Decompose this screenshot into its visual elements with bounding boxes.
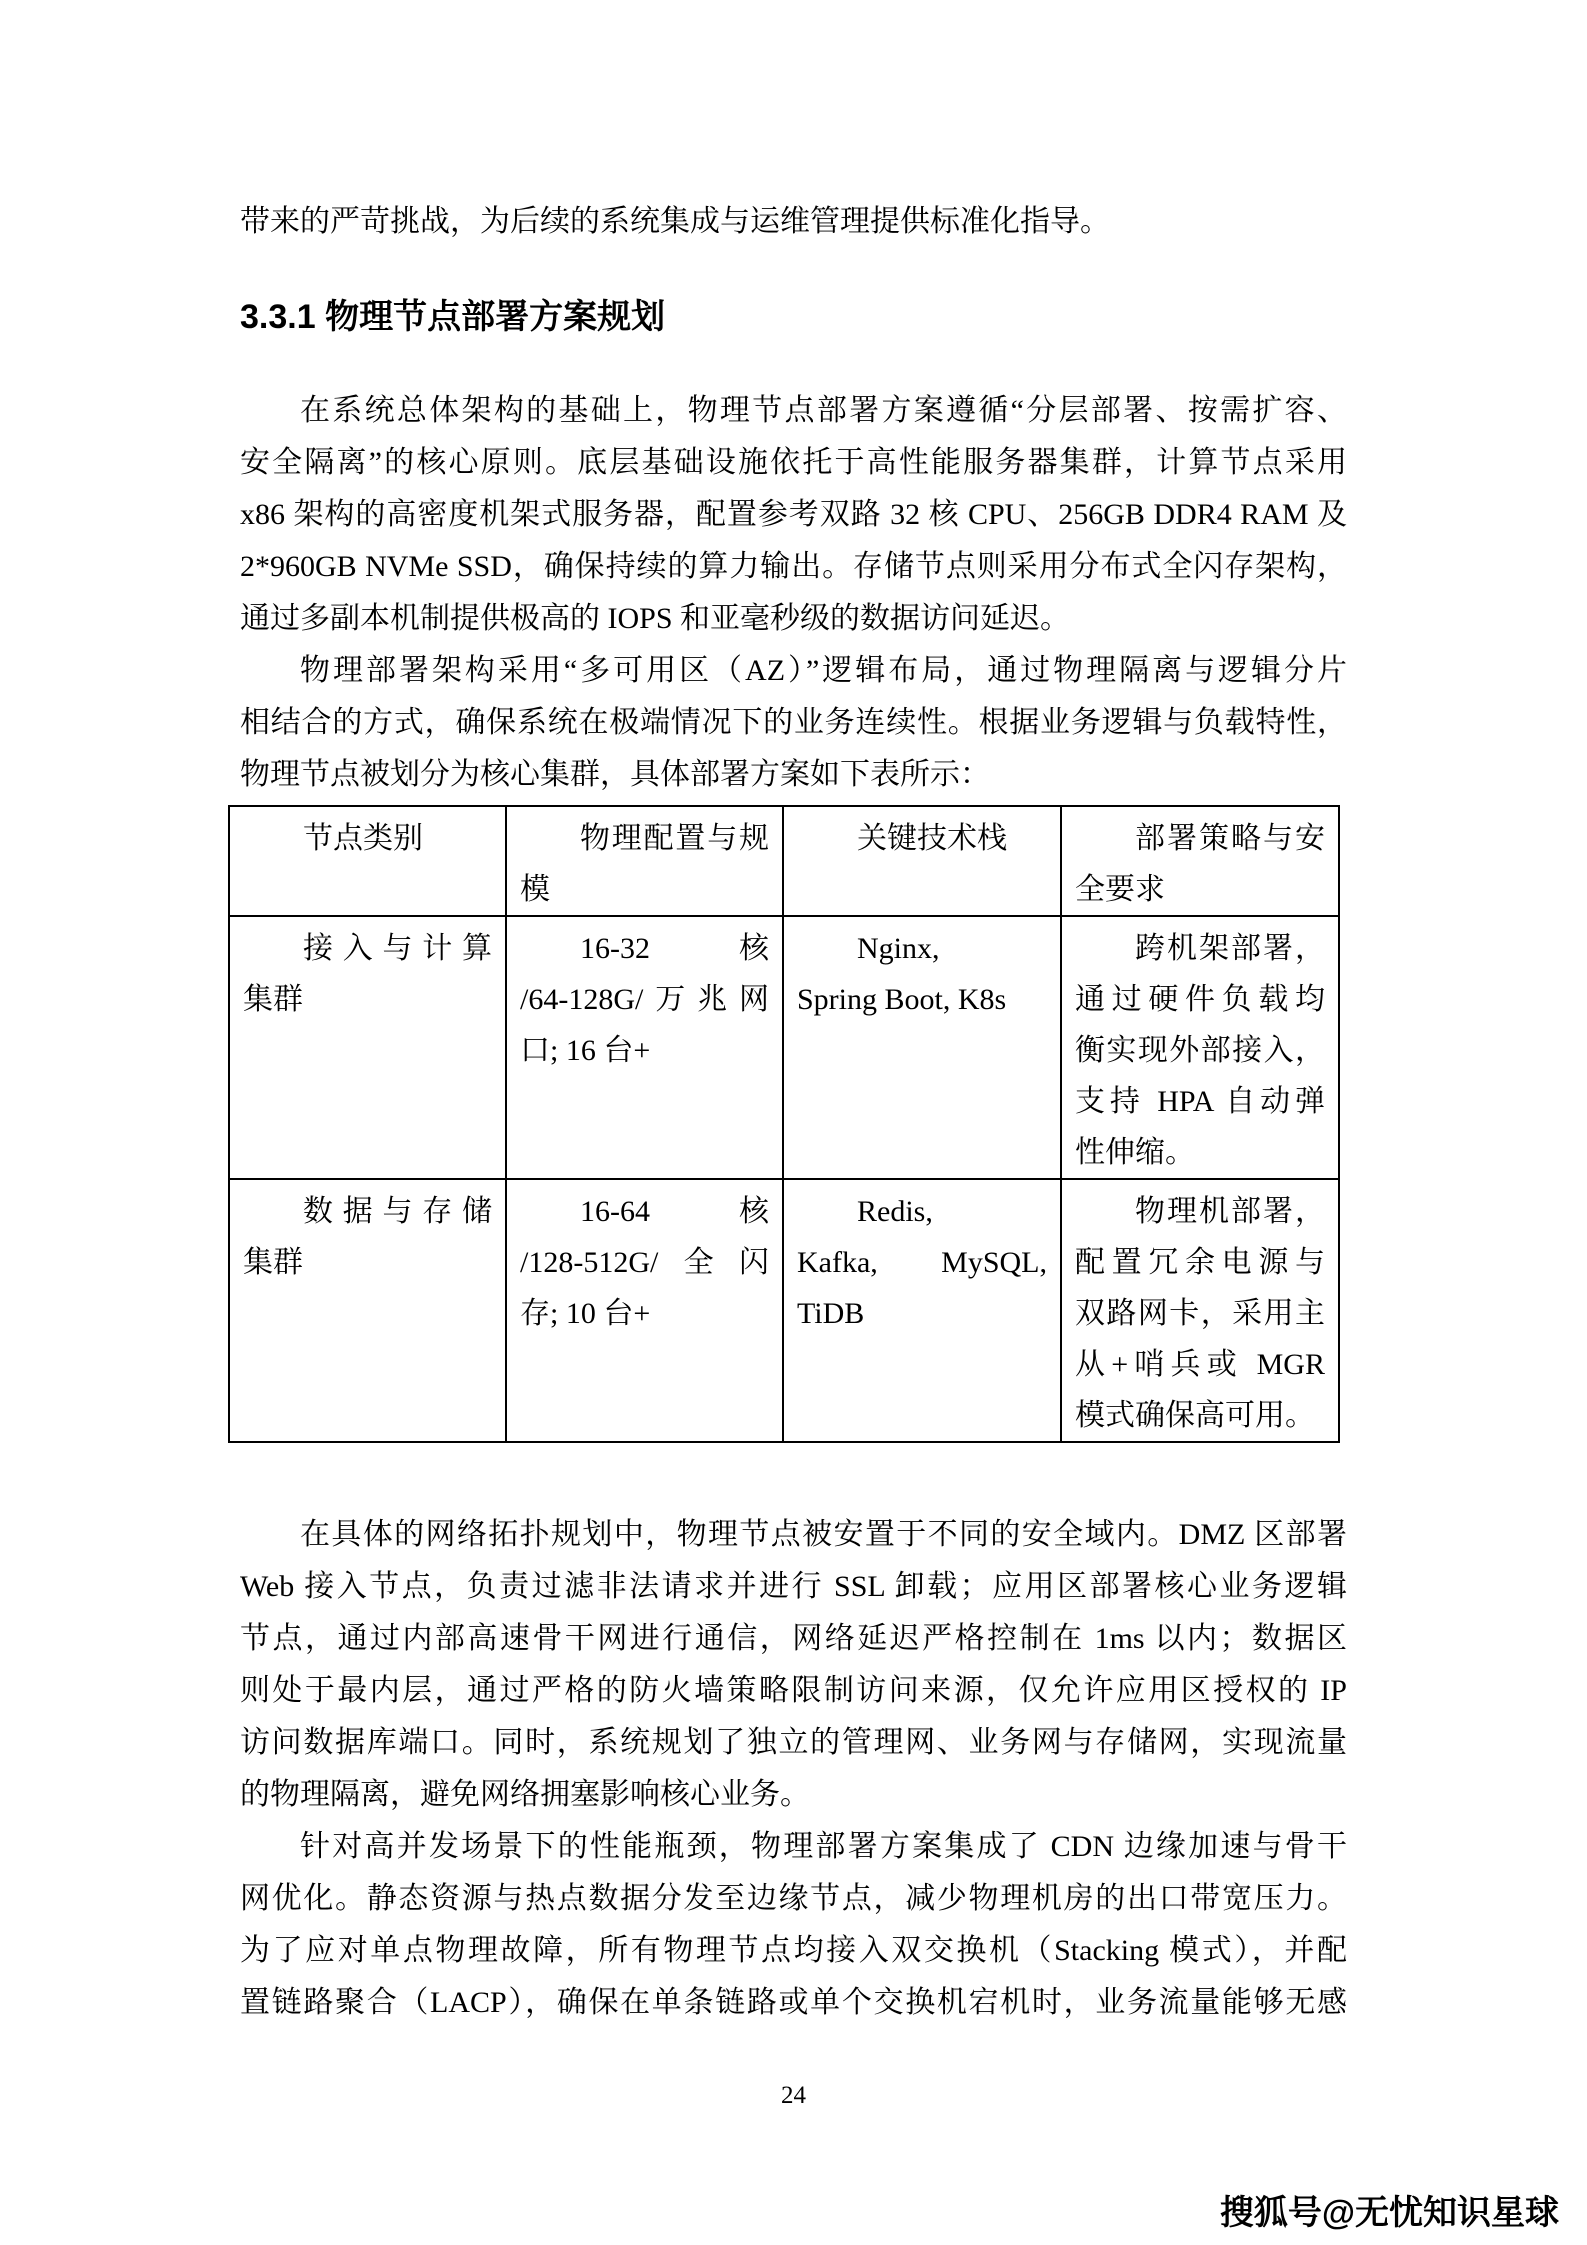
table-cell-line: 性伸缩。	[1075, 1127, 1325, 1178]
paragraph-line: 置链路聚合（LACP），确保在单条链路或单个交换机宕机时，业务流量能够无感	[240, 1977, 1347, 2029]
table-cell-line: 衡实现外部接入，	[1075, 1025, 1325, 1076]
table-row: 接入与计算 集群 16-32 核 /64-128G/万兆网 口; 16 台+ N…	[229, 916, 1339, 1179]
table-cell-line: Redis,	[797, 1186, 1047, 1237]
paragraph-block-bottom: 在具体的网络拓扑规划中，物理节点被安置于不同的安全域内。DMZ 区部署 Web …	[240, 1509, 1347, 2029]
table-cell: 物理机部署， 配置冗余电源与 双路网卡，采用主 从+哨兵或 MGR 模式确保高可…	[1061, 1179, 1339, 1442]
table-cell-line: 16-64 核	[520, 1186, 769, 1237]
table-cell: 16-64 核 /128-512G/全闪 存; 10 台+	[506, 1179, 783, 1442]
intro-line: 带来的严苛挑战，为后续的系统集成与运维管理提供标准化指导。	[240, 196, 1347, 248]
table-cell-line: 物理配置与规	[520, 813, 769, 864]
table-cell-line: Spring Boot, K8s	[797, 974, 1047, 1025]
table-cell-line: 口; 16 台+	[520, 1025, 769, 1076]
table-row: 数据与存储 集群 16-64 核 /128-512G/全闪 存; 10 台+ R…	[229, 1179, 1339, 1442]
table-cell-line: 模式确保高可用。	[1075, 1390, 1325, 1441]
paragraph-line: 为了应对单点物理故障，所有物理节点均接入双交换机（Stacking 模式），并配	[240, 1925, 1347, 1977]
table-cell-line: 关键技术栈	[797, 813, 1047, 864]
deployment-table: 节点类别 物理配置与规 模 关键技术栈 部署策略与安 全要求 接入与计算 集群 …	[228, 805, 1340, 1443]
paragraph-line: 在具体的网络拓扑规划中，物理节点被安置于不同的安全域内。DMZ 区部署	[240, 1509, 1347, 1561]
table-cell-line: 跨机架部署，	[1075, 923, 1325, 974]
page-number: 24	[240, 2082, 1347, 2110]
paragraph-line: 安全隔离”的核心原则。底层基础设施依托于高性能服务器集群，计算节点采用	[240, 437, 1347, 489]
table-cell-line: Nginx,	[797, 923, 1047, 974]
paragraph-line: 物理节点被划分为核心集群，具体部署方案如下表所示：	[240, 749, 1347, 801]
table-cell-line: 物理机部署，	[1075, 1186, 1325, 1237]
table-cell-line: 从+哨兵或 MGR	[1075, 1339, 1325, 1390]
table-cell: Nginx, Spring Boot, K8s	[783, 916, 1061, 1179]
table-cell-line: 节点类别	[243, 813, 492, 864]
paragraph-line: 通过多副本机制提供极高的 IOPS 和亚毫秒级的数据访问延迟。	[240, 593, 1347, 645]
table-header-cell: 关键技术栈	[783, 806, 1061, 916]
paragraph-line: 节点，通过内部高速骨干网进行通信，网络延迟严格控制在 1ms 以内；数据区	[240, 1613, 1347, 1665]
table-cell-line: 接入与计算	[243, 923, 492, 974]
paragraph-line: 网优化。静态资源与热点数据分发至边缘节点，减少物理机房的出口带宽压力。	[240, 1873, 1347, 1925]
paragraph-line: 2*960GB NVMe SSD，确保持续的算力输出。存储节点则采用分布式全闪存…	[240, 541, 1347, 593]
table-cell: Redis, Kafka, MySQL, TiDB	[783, 1179, 1061, 1442]
table-cell-line: 存; 10 台+	[520, 1288, 769, 1339]
paragraph-line: 针对高并发场景下的性能瓶颈，物理部署方案集成了 CDN 边缘加速与骨干	[240, 1821, 1347, 1873]
table-header-cell: 节点类别	[229, 806, 506, 916]
table-header-row: 节点类别 物理配置与规 模 关键技术栈 部署策略与安 全要求	[229, 806, 1339, 916]
table-cell-line: 部署策略与安	[1075, 813, 1325, 864]
table-cell: 跨机架部署， 通过硬件负载均 衡实现外部接入， 支持 HPA 自动弹 性伸缩。	[1061, 916, 1339, 1179]
document-page: { "page": { "background": "#ffffff", "te…	[0, 0, 1587, 2245]
table-cell-line: 支持 HPA 自动弹	[1075, 1076, 1325, 1127]
table-cell-line: 数据与存储	[243, 1186, 492, 1237]
table-cell: 数据与存储 集群	[229, 1179, 506, 1442]
section-heading: 3.3.1 物理节点部署方案规划	[240, 294, 1440, 340]
table-cell-line: 全要求	[1075, 864, 1325, 915]
table-cell-line: Kafka, MySQL,	[797, 1237, 1047, 1288]
table-cell-line: /128-512G/全闪	[520, 1237, 769, 1288]
table-cell-line: 集群	[243, 974, 492, 1025]
paragraph-line: 的物理隔离，避免网络拥塞影响核心业务。	[240, 1769, 1347, 1821]
table-cell-line: 双路网卡，采用主	[1075, 1288, 1325, 1339]
table-header-cell: 部署策略与安 全要求	[1061, 806, 1339, 916]
table-cell-line: 通过硬件负载均	[1075, 974, 1325, 1025]
table-cell-line: 集群	[243, 1237, 492, 1288]
paragraph-line: 则处于最内层，通过严格的防火墙策略限制访问来源，仅允许应用区授权的 IP	[240, 1665, 1347, 1717]
table-cell-line: TiDB	[797, 1288, 1047, 1339]
paragraph-line: 访问数据库端口。同时，系统规划了独立的管理网、业务网与存储网，实现流量	[240, 1717, 1347, 1769]
table-cell-line: 配置冗余电源与	[1075, 1237, 1325, 1288]
table-header-cell: 物理配置与规 模	[506, 806, 783, 916]
table-cell-line: /64-128G/万兆网	[520, 974, 769, 1025]
table-cell: 接入与计算 集群	[229, 916, 506, 1179]
paragraph-line: 在系统总体架构的基础上，物理节点部署方案遵循“分层部署、按需扩容、	[240, 385, 1347, 437]
paragraph-block-top: 在系统总体架构的基础上，物理节点部署方案遵循“分层部署、按需扩容、 安全隔离”的…	[240, 385, 1347, 801]
paragraph-line: 相结合的方式，确保系统在极端情况下的业务连续性。根据业务逻辑与负载特性，	[240, 697, 1347, 749]
table-cell-line: 模	[520, 864, 769, 915]
paragraph-line: x86 架构的高密度机架式服务器，配置参考双路 32 核 CPU、256GB D…	[240, 489, 1347, 541]
watermark: 搜狐号@无忧知识星球	[1220, 2192, 1559, 2234]
table-cell-line: 16-32 核	[520, 923, 769, 974]
paragraph-line: 物理部署架构采用“多可用区（AZ）”逻辑布局，通过物理隔离与逻辑分片	[240, 645, 1347, 697]
paragraph-line: Web 接入节点，负责过滤非法请求并进行 SSL 卸载；应用区部署核心业务逻辑	[240, 1561, 1347, 1613]
table-cell: 16-32 核 /64-128G/万兆网 口; 16 台+	[506, 916, 783, 1179]
